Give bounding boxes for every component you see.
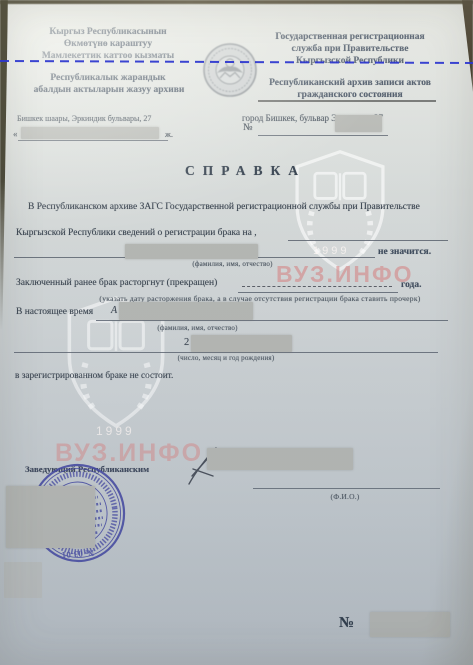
redaction-signatory-name: [207, 448, 353, 470]
right-number-line: [258, 135, 388, 136]
name-line-part1: [288, 240, 448, 241]
header-right-org-line2: служба при Правительстве: [255, 44, 445, 55]
header-right-org-line1: Государственная регистрационная: [255, 32, 445, 43]
body-line4: Заключенный ранее брак расторгнут (прекр…: [16, 278, 217, 289]
caption-name2: (фамилия, имя, отчество): [130, 324, 265, 332]
redaction-name: [125, 244, 258, 259]
redaction-birthdate: [191, 335, 292, 352]
header-right-archive-line1: Республиканский архив записи актов: [252, 78, 448, 89]
redaction-over-stamp: [6, 486, 95, 548]
footer-number-prefix: №: [339, 614, 354, 632]
fio-line: [253, 488, 440, 489]
redaction-right-number: [335, 115, 382, 132]
body-line2: Кыргызской Республики сведений о регистр…: [16, 228, 257, 239]
caption-birth: (число, месяц и год рождения): [166, 354, 286, 362]
body-line7: в зарегистрированном браке не состоит.: [15, 371, 173, 382]
header-left-org-line1: Кыргыз Республикасынын: [18, 27, 198, 38]
line6-visible-char: 2: [184, 337, 189, 350]
year-suffix: года.: [401, 280, 421, 291]
redaction-bottom-left: [4, 562, 42, 598]
birthdate-line: [14, 352, 438, 353]
not-listed-text: не значится.: [378, 247, 431, 258]
divorce-line: [238, 292, 398, 293]
header-left-archive-line2: абалдын актыларын жазуу архиви: [14, 85, 204, 96]
body-line1: В Республиканском архиве ЗАГС Государств…: [28, 202, 420, 213]
pen-dash-strikeout: [242, 286, 392, 287]
header-left-org-line2: Өкмөтүнө караштуу: [18, 39, 198, 50]
left-address: Бишкек шаары, Эркиндик бульвары, 27: [17, 114, 151, 124]
caption-name1: (фамилия, имя, отчество): [165, 260, 300, 268]
left-date-line: [18, 140, 168, 141]
state-emblem-icon: [203, 42, 257, 98]
line5-visible-char: А: [111, 305, 117, 317]
body-line5: В настоящее время: [16, 307, 93, 318]
header-left-archive-line1: Республикалык жарандык: [18, 73, 198, 84]
redaction-footer-number: [370, 612, 450, 637]
current-name-line: [96, 320, 448, 321]
left-date-suffix: ж.: [165, 129, 173, 139]
redaction-current-name: [119, 302, 253, 320]
redaction-left-date: [21, 127, 159, 139]
right-number-prefix: №: [243, 122, 253, 134]
document-photo: 1999 ВУЗ.ИНФО 1999 ВУЗ.ИНФО Кыргыз Респу…: [0, 0, 473, 665]
page-title: СПРАВКА: [185, 163, 306, 179]
left-date-mark: «: [13, 129, 18, 140]
header-divider-line: [258, 100, 436, 102]
fio-caption: (Ф.И.О.): [300, 492, 390, 501]
